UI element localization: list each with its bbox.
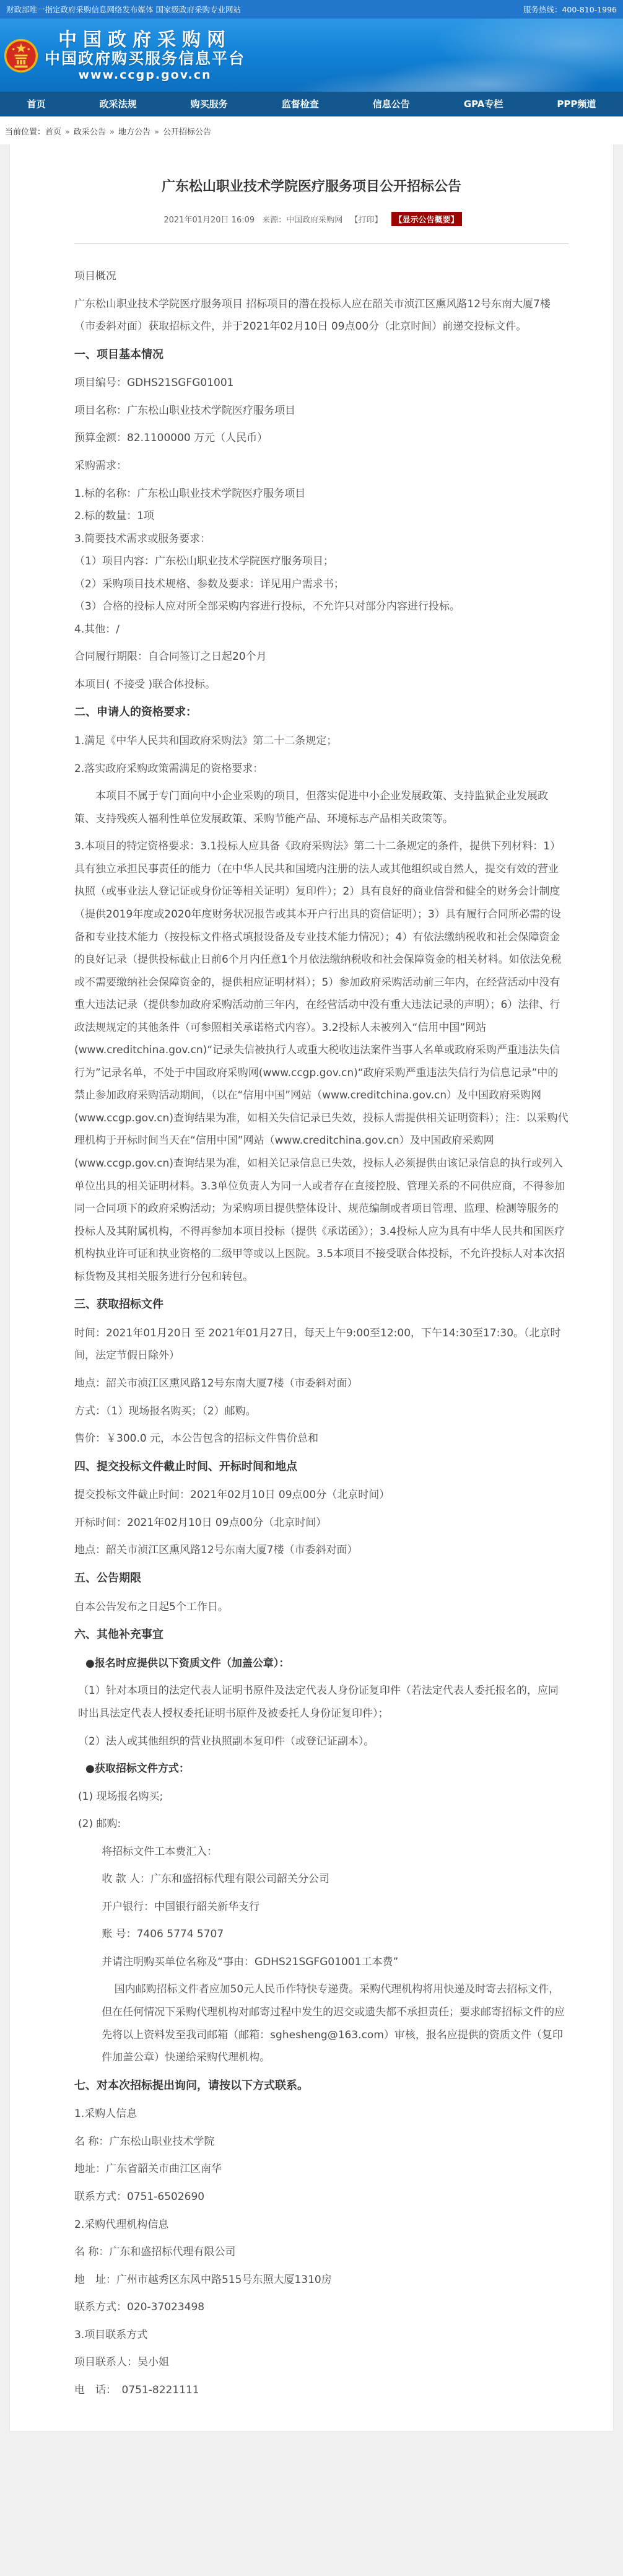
section-heading: 三、获取招标文件	[74, 1293, 569, 1317]
article-paragraph: 本项目( 不接受 )联合体投标。	[74, 673, 569, 696]
article-line: （2）采购项目技术规格、参数及要求：详见用户需求书；	[74, 573, 569, 596]
site-logo-text: 中国政府采购网 中国政府购买服务信息平台 www.ccgp.gov.cn	[45, 30, 245, 83]
article-paragraph: 项目编号：GDHS21SGFG01001	[74, 372, 569, 395]
article-paragraph: 国内邮购招标文件者应加50元人民币作特快专递费。采购代理机构将用快递及时寄去招标…	[102, 1978, 569, 2069]
site-title: 中国政府采购网	[45, 30, 245, 50]
article-paragraph: 开户银行：中国银行韶关新华支行	[102, 1896, 569, 1919]
article-paragraph: 售价：￥300.0 元，本公告包含的招标文件售价总和	[74, 1427, 569, 1450]
article-paragraph: 地点：韶关市浈江区熏风路12号东南大厦7楼（市委斜对面）	[74, 1539, 569, 1562]
article-paragraph: 本项目不属于专门面向中小企业采购的项目，但落实促进中小企业发展政策、支持监狱企业…	[74, 785, 569, 830]
nav-item-5[interactable]: GPA专栏	[458, 92, 510, 116]
article-paragraph: 联系方式：020-37023498	[74, 2296, 569, 2319]
breadcrumb-link-0[interactable]: 首页	[45, 128, 61, 137]
article-paragraph: 时间：2021年01月20日 至 2021年01月27日，每天上午9:00至12…	[74, 1322, 569, 1367]
article-paragraph: 名 称：广东和盛招标代理有限公司	[74, 2241, 569, 2264]
article-paragraph: 合同履行期限：自合同签订之日起20个月	[74, 646, 569, 668]
article-paragraph: 提交投标文件截止时间：2021年02月10日 09点00分（北京时间）	[74, 1484, 569, 1507]
article-paragraph: 方式：（1）现场报名购买；（2）邮购。	[74, 1400, 569, 1423]
breadcrumb: 当前位置：首页»政采公告»地方公告»公开招标公告	[0, 116, 623, 144]
topbar-hotline: 服务热线：400-810-1996	[523, 4, 617, 15]
article-paragraph: 自本公告发布之日起5个工作日。	[74, 1596, 569, 1619]
article-line: 4.其他：/	[74, 618, 569, 641]
section-heading: 七、对本次招标提出询问，请按以下方式联系。	[74, 2074, 569, 2098]
breadcrumb-items: 首页»政采公告»地方公告»公开招标公告	[45, 128, 211, 137]
page-title: 广东松山职业技术学院医疗服务项目公开招标公告	[47, 177, 576, 197]
article-paragraph: 1.采购人信息	[74, 2103, 569, 2126]
article-paragraph: （1）针对本项目的法定代表人证明书原件及法定代表人身份证复印件（若法定代表人委托…	[74, 1680, 569, 1725]
article-paragraph: （2）法人或其他组织的营业执照副本复印件（或登记证副本）。	[74, 1730, 569, 1753]
site-url: www.ccgp.gov.cn	[45, 68, 245, 83]
national-emblem-icon	[4, 38, 38, 73]
article-body: 项目概况广东松山职业技术学院医疗服务项目 招标项目的潜在投标人应在韶关市浈江区熏…	[10, 243, 613, 2431]
article-paragraph: 账 号：7406 5774 5707	[102, 1923, 569, 1946]
article-paragraph: ●报名时应提供以下资质文件（加盖公章）：	[74, 1652, 569, 1675]
article-paragraph: 2.落实政府采购政策需满足的资格要求：	[74, 758, 569, 781]
nav-item-4[interactable]: 信息公告	[367, 92, 416, 116]
breadcrumb-label: 当前位置：	[5, 128, 45, 137]
section-heading: 四、提交投标文件截止时间、开标时间和地点	[74, 1455, 569, 1479]
article-paragraph: 电 话： 0751-8221111	[74, 2379, 569, 2402]
site-logo[interactable]: 中国政府采购网 中国政府购买服务信息平台 www.ccgp.gov.cn	[4, 30, 245, 83]
article-paragraph: 收 款 人：广东和盛招标代理有限公司韶关分公司	[102, 1868, 569, 1891]
breadcrumb-separator: »	[154, 128, 159, 137]
article-paragraph: 地 址：广州市越秀区东风中路515号东照大厦1310房	[74, 2269, 569, 2292]
breadcrumb-link-3[interactable]: 公开招标公告	[163, 128, 211, 137]
article-paragraph: 并请注明购买单位名称及“事由：GDHS21SGFG01001工本费”	[102, 1951, 569, 1974]
breadcrumb-separator: »	[110, 128, 115, 137]
article-paragraph: ●获取招标文件方式：	[74, 1758, 569, 1781]
publish-datetime: 2021年01月20日 16:09	[163, 216, 255, 225]
site-banner: 中国政府采购网 中国政府购买服务信息平台 www.ccgp.gov.cn	[0, 19, 623, 92]
article-paragraph: 名 称：广东松山职业技术学院	[74, 2131, 569, 2153]
article-paragraph: 联系方式：0751-6502690	[74, 2186, 569, 2209]
nav-item-3[interactable]: 监督检查	[276, 92, 325, 116]
article-paragraph: 项目名称：广东松山职业技术学院医疗服务项目	[74, 400, 569, 423]
article-line: （1）项目内容：广东松山职业技术学院医疗服务项目；	[74, 550, 569, 573]
breadcrumb-link-1[interactable]: 政采公告	[74, 128, 106, 137]
article-paragraph: (2) 邮购:	[74, 1813, 569, 1836]
summary-toggle-button[interactable]: 【显示公告概要】	[391, 212, 462, 226]
article-paragraph: 2.采购代理机构信息	[74, 2214, 569, 2236]
article-paragraph: 将招标文件工本费汇入：	[102, 1841, 569, 1864]
content-divider	[74, 243, 569, 244]
nav-item-1[interactable]: 政采法规	[94, 92, 143, 116]
article-line: 1.标的名称：广东松山职业技术学院医疗服务项目	[74, 483, 569, 506]
content-card: 广东松山职业技术学院医疗服务项目公开招标公告 2021年01月20日 16:09…	[9, 144, 614, 2432]
site-subtitle: 中国政府购买服务信息平台	[45, 50, 245, 68]
article-source: 来源：中国政府采购网	[262, 216, 342, 225]
article-paragraph: 广东松山职业技术学院医疗服务项目 招标项目的潜在投标人应在韶关市浈江区熏风路12…	[74, 293, 569, 338]
article-paragraph: 3.项目联系方式	[74, 2324, 569, 2347]
article-paragraph: 3.本项目的特定资格要求：3.1投标人应具备《政府采购法》第二十二条规定的条件，…	[74, 835, 569, 1288]
article-line: 3.简要技术需求或服务要求：	[74, 528, 569, 551]
article-paragraph: 1.满足《中华人民共和国政府采购法》第二十二条规定；	[74, 730, 569, 753]
section-heading: 二、申请人的资格要求：	[74, 701, 569, 725]
article-paragraph: (1) 现场报名购买;	[74, 1785, 569, 1808]
section-heading: 五、公告期限	[74, 1567, 569, 1591]
article-line: 2.标的数量：1项	[74, 505, 569, 528]
section-heading: 六、其他补充事宜	[74, 1623, 569, 1647]
main-nav: 首页政采法规购买服务监督检查信息公告GPA专栏PPP频道	[0, 92, 623, 116]
article-paragraph: 地址：广东省韶关市曲江区南华	[74, 2158, 569, 2181]
nav-item-6[interactable]: PPP频道	[551, 92, 602, 116]
nav-item-0[interactable]: 首页	[21, 92, 52, 116]
section-heading: 一、项目基本情况	[74, 343, 569, 367]
article-paragraph: 项目联系人：吴小姐	[74, 2351, 569, 2374]
article-paragraph: 1.标的名称：广东松山职业技术学院医疗服务项目2.标的数量：1项3.简要技术需求…	[74, 483, 569, 641]
breadcrumb-separator: »	[65, 128, 70, 137]
article-paragraph: 预算金额：82.1100000 万元（人民币）	[74, 427, 569, 450]
article-paragraph: 项目概况	[74, 265, 569, 288]
article-paragraph: 开标时间：2021年02月10日 09点00分（北京时间）	[74, 1512, 569, 1535]
breadcrumb-link-2[interactable]: 地方公告	[118, 128, 150, 137]
nav-item-2[interactable]: 购买服务	[185, 92, 234, 116]
print-button[interactable]: 【打印】	[350, 216, 382, 225]
article-paragraph: 地点：韶关市浈江区熏风路12号东南大厦7楼（市委斜对面）	[74, 1372, 569, 1395]
topbar: 财政部唯一指定政府采购信息网络发布媒体 国家级政府采购专业网站 服务热线：400…	[0, 0, 623, 19]
article-meta: 2021年01月20日 16:09 来源：中国政府采购网 【打印】 【显示公告概…	[10, 212, 613, 226]
article-paragraph: 采购需求：	[74, 455, 569, 478]
topbar-slogan: 财政部唯一指定政府采购信息网络发布媒体 国家级政府采购专业网站	[6, 4, 241, 15]
article-line: （3）合格的投标人应对所全部采购内容进行投标，不允许只对部分内容进行投标。	[74, 595, 569, 618]
